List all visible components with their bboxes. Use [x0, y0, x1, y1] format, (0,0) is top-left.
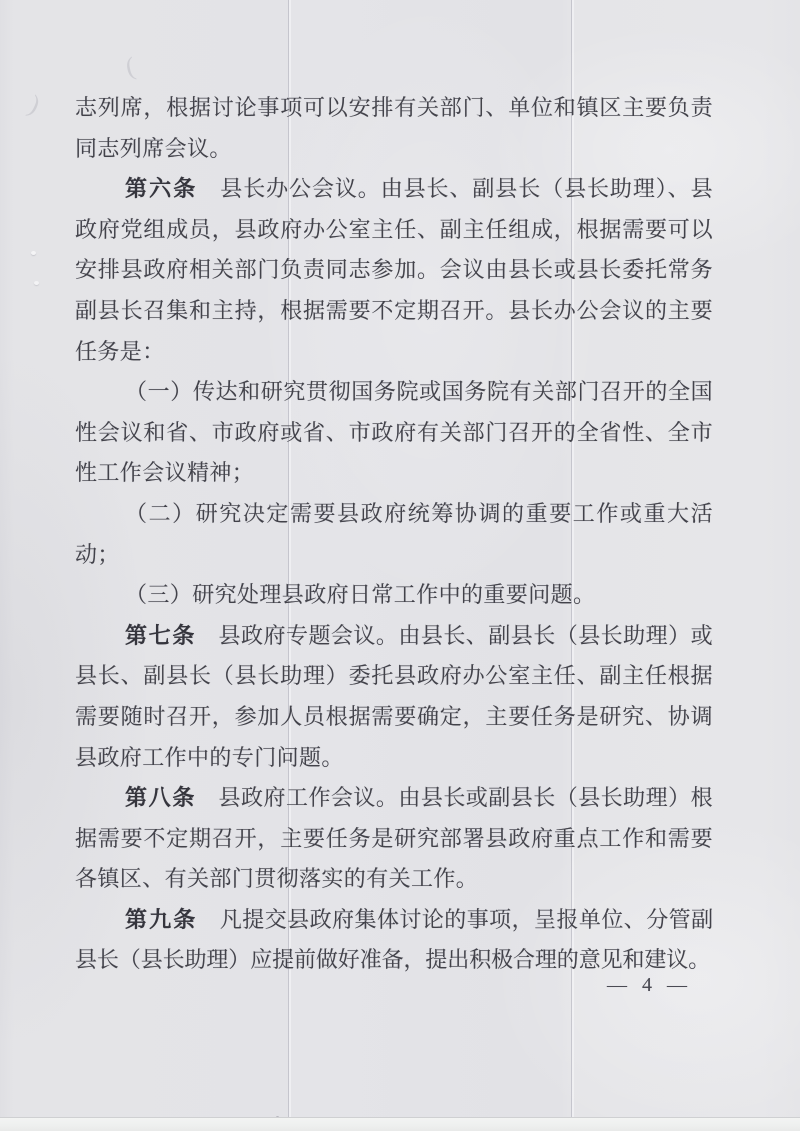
page-number: — 4 —	[607, 974, 692, 997]
document-body: 志列席，根据讨论事项可以安排有关部门、单位和镇区主要负责同志列席会议。第六条 县…	[75, 0, 713, 981]
paragraph-item: （二）研究决定需要县政府统筹协调的重要工作或重大活动；	[75, 494, 713, 575]
paragraph-article: 第八条 县政府工作会议。由县长或副县长（县长助理）根据需要不定期召开，主要任务是…	[75, 778, 713, 900]
paragraph-article: 第七条 县政府专题会议。由县长、副县长（县长助理）或县长、副县长（县长助理）委托…	[75, 616, 713, 778]
paragraph-article: 第九条 凡提交县政府集体讨论的事项，呈报单位、分管副县长（县长助理）应提前做好准…	[75, 900, 713, 981]
paragraph-item: （一）传达和研究贯彻国务院或国务院有关部门召开的全国性会议和省、市政府或省、市政…	[75, 372, 713, 494]
article-heading: 第八条	[125, 785, 196, 810]
paragraph-text: 志列席，根据讨论事项可以安排有关部门、单位和镇区主要负责同志列席会议。	[75, 95, 713, 161]
scan-speck	[34, 281, 39, 285]
scan-ghost-mark: )	[24, 90, 45, 121]
scanned-page: ( ) 志列席，根据讨论事项可以安排有关部门、单位和镇区主要负责同志列席会议。第…	[0, 0, 800, 1131]
article-heading: 第六条	[125, 176, 197, 201]
article-heading: 第七条	[125, 623, 196, 648]
paragraph-text: （一）传达和研究贯彻国务院或国务院有关部门召开的全国性会议和省、市政府或省、市政…	[75, 379, 713, 485]
article-heading: 第九条	[125, 907, 197, 932]
scan-speck	[31, 251, 36, 255]
paragraph-item: （三）研究处理县政府日常工作中的重要问题。	[75, 575, 713, 616]
paragraph-text: （三）研究处理县政府日常工作中的重要问题。	[125, 582, 595, 607]
paragraph-article: 第六条 县长办公会议。由县长、副县长（县长助理）、县政府党组成员，县政府办公室主…	[75, 169, 713, 372]
paragraph-text: （二）研究决定需要县政府统筹协调的重要工作或重大活动；	[75, 501, 713, 567]
paragraph-continuation: 志列席，根据讨论事项可以安排有关部门、单位和镇区主要负责同志列席会议。	[75, 88, 713, 169]
paragraph-text: 县长办公会议。由县长、副县长（县长助理）、县政府党组成员，县政府办公室主任、副主…	[75, 176, 713, 363]
scan-bottom-edge	[0, 1117, 800, 1131]
